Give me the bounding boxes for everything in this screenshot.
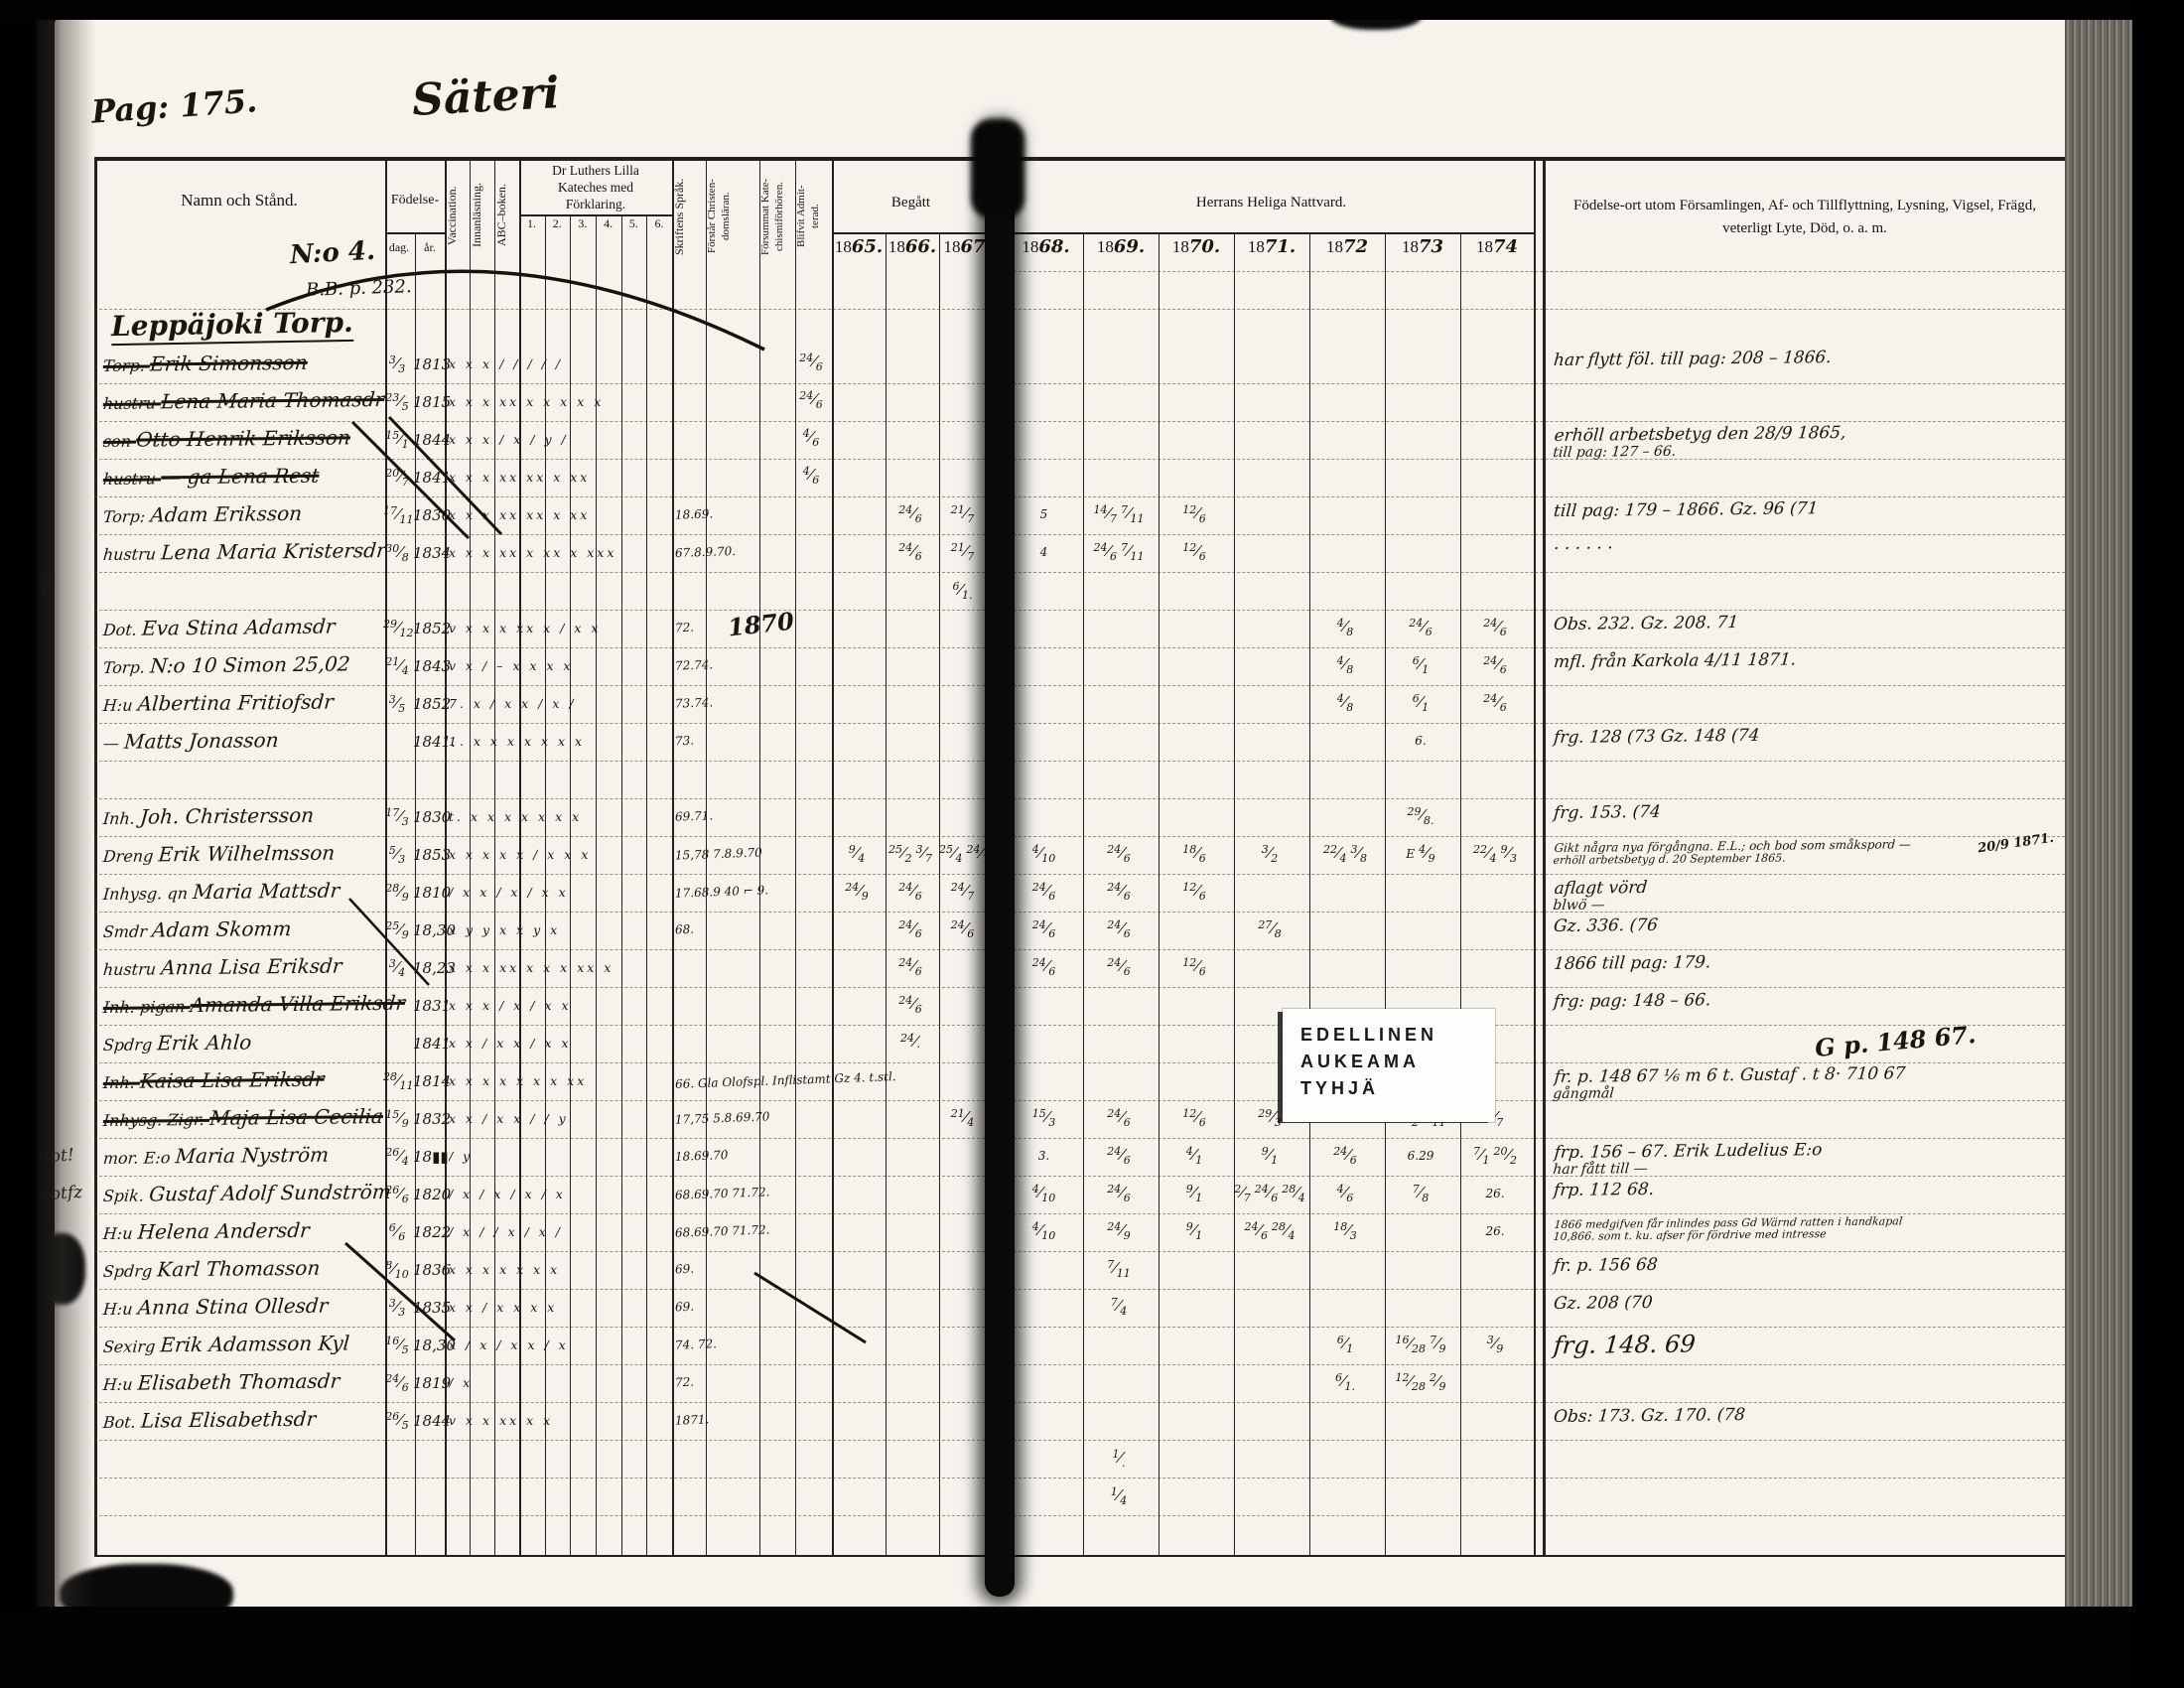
communion-mark: 6.29 <box>1385 1145 1460 1164</box>
catechism-subcolumn-label: 6. <box>647 216 672 231</box>
communion-mark: 7⁄11 <box>1083 1258 1159 1280</box>
birth-year: 1844 <box>413 1412 447 1430</box>
birth-year: 18,30 <box>413 1336 447 1354</box>
skill-marks: v x ∕ – x x x x <box>449 658 671 673</box>
communion-mark: 24⁄6 <box>1083 918 1159 940</box>
ruled-line <box>1009 1477 2065 1478</box>
remark-note: frp. 156 – 67. Erik Ludelius E:ohar fått… <box>1553 1139 2062 1178</box>
skill-marks: x x x ∕ x ∕ x x <box>449 998 671 1013</box>
grid-line <box>1460 232 1461 1557</box>
grid-line <box>385 232 445 234</box>
ruled-line <box>94 1327 990 1328</box>
communion-mark: 12⁄282⁄9 <box>1385 1371 1460 1393</box>
year-header: 1873 <box>1385 236 1460 257</box>
communion-mark: 9⁄1 <box>1159 1183 1234 1204</box>
communion-mark: 24⁄6 <box>1009 956 1083 978</box>
ruled-line <box>1009 874 2065 875</box>
ruled-line <box>1009 1176 2065 1177</box>
record-name: Dreng Erik Wilhelmsson <box>102 840 402 867</box>
ruled-line <box>1009 1213 2065 1214</box>
grid-line <box>1543 157 1546 1557</box>
communion-mark: 3⁄9 <box>1460 1334 1534 1355</box>
birth-year: 1841 <box>413 469 447 487</box>
communion-mark: 3⁄2 <box>1234 843 1309 865</box>
communion-mark: 24⁄67⁄11 <box>1083 541 1159 563</box>
grid-line <box>672 157 674 1557</box>
record-name: Spdrg Erik Ahlo <box>102 1029 402 1055</box>
communion-mark: 24⁄6 <box>939 918 990 940</box>
skill-marks: ∕ y <box>449 1149 671 1164</box>
ruled-line <box>1009 1327 2065 1328</box>
scan-edge-right <box>2132 0 2184 1688</box>
skill-marks: x x x xx x x x xx x <box>449 960 671 975</box>
communion-mark: 24⁄6 <box>1460 617 1534 638</box>
column-header-holy-communion: Herrans Heliga Nattvard. <box>1009 195 1534 211</box>
birth-day: 8⁄10 <box>383 1259 415 1281</box>
grid-line <box>1234 232 1235 1557</box>
column-header-reading: Innanläsning. <box>470 161 494 270</box>
communion-mark: 12⁄6 <box>1159 503 1234 525</box>
communion-mark: 1⁄. <box>1083 1448 1159 1470</box>
birth-day: 3⁄3 <box>383 1297 415 1319</box>
birth-year: 1841 <box>413 1035 447 1053</box>
communion-mark: 24⁄7 <box>939 881 990 903</box>
ruled-line <box>94 647 990 648</box>
communion-mark: 4⁄10 <box>1009 1183 1083 1204</box>
ruled-line <box>94 459 990 460</box>
ruled-line <box>1009 1364 2065 1365</box>
communion-mark: 24⁄6 <box>886 994 939 1016</box>
ruled-line <box>1009 421 2065 422</box>
communion-mark: 6⁄1 <box>1385 654 1460 676</box>
communion-mark: 25⁄23⁄7 <box>886 843 939 865</box>
record-name: hustru Lena Maria Thomasdr <box>102 387 402 414</box>
exam-year-notes: 74. 72. <box>675 1336 717 1351</box>
communion-mark: 24⁄6 <box>1083 1107 1159 1129</box>
communion-mark: 24⁄6 <box>1083 843 1159 865</box>
birth-year: 1822 <box>413 1223 447 1241</box>
birth-day: 26⁄6 <box>383 1184 415 1205</box>
birth-year: 18▮▮ <box>413 1148 447 1166</box>
communion-mark: 4⁄8 <box>1309 654 1385 676</box>
record-name: H:u Helena Andersdr <box>102 1217 402 1244</box>
communion-mark: 24⁄6 <box>1083 881 1159 903</box>
scanned-book-spread: Pag: 175. Säteri Namn och Stånd. Födelse… <box>0 0 2184 1688</box>
ruled-line <box>94 1176 990 1177</box>
column-header-birth: Födelse- <box>385 193 445 209</box>
birth-day: 30⁄8 <box>383 542 415 564</box>
exam-year-notes: 73.74. <box>675 695 714 710</box>
ruled-line <box>94 383 990 384</box>
skill-marks: x x x xx x x x x x <box>449 394 671 409</box>
birth-day: 16⁄5 <box>383 1335 415 1356</box>
ruled-line <box>1009 496 2065 497</box>
ruled-line <box>1009 271 2065 272</box>
column-header-remarks: Födelse-ort utom Församlingen, Af- och T… <box>1561 195 2049 241</box>
birth-year: 1814 <box>413 1072 447 1090</box>
birth-year: 1835 <box>413 1299 447 1317</box>
ruled-line <box>1009 309 2065 310</box>
skill-marks: x x x xx xx x xx <box>449 507 671 522</box>
ruled-line <box>1009 723 2065 724</box>
birth-day: 6⁄6 <box>383 1221 415 1243</box>
ruled-line <box>94 1251 990 1252</box>
ruled-line <box>1009 761 2065 762</box>
communion-mark: 4⁄10 <box>1009 1220 1083 1242</box>
communion-mark: 4⁄6 <box>1309 1183 1385 1204</box>
birth-day: 23⁄5 <box>383 391 415 413</box>
communion-mark: 6. <box>1385 730 1460 749</box>
year-header: 1867 <box>939 236 990 257</box>
grid-line <box>1009 232 1534 234</box>
ruled-line <box>94 1364 990 1365</box>
year-header: 1872 <box>1309 236 1385 257</box>
ruled-line <box>94 949 990 950</box>
birth-year: 1819 <box>413 1374 447 1392</box>
communion-mark: 24⁄628⁄4 <box>1234 1220 1309 1242</box>
exam-year-notes: 73. <box>675 734 695 749</box>
birth-year: 1830 <box>413 808 447 826</box>
birth-day: 15⁄1 <box>383 429 415 451</box>
column-header-admitted: Blifvit Admit- terad. <box>795 161 832 272</box>
ruled-line <box>94 534 990 535</box>
ruled-line <box>94 685 990 686</box>
communion-mark: 22⁄43⁄8 <box>1309 843 1385 865</box>
record-name: hustru Lena Maria Kristersdr <box>102 538 402 565</box>
communion-mark: 24⁄· <box>886 1032 939 1054</box>
birth-day: 28⁄9 <box>383 882 415 904</box>
column-header-birth-day: dag. <box>383 240 415 255</box>
communion-mark: 24⁄6 <box>1083 1145 1159 1167</box>
communion-mark: 24⁄6 <box>1083 1183 1159 1204</box>
communion-mark: 27⁄8 <box>1234 918 1309 940</box>
birth-day: 17⁄3 <box>383 806 415 828</box>
skill-marks: t. x x x x x x x <box>449 809 671 824</box>
birth-year: 1810 <box>413 884 447 902</box>
communion-mark: 12⁄6 <box>1159 541 1234 563</box>
communion-mark: 7⁄120⁄2 <box>1460 1145 1534 1167</box>
communion-mark: 6⁄1. <box>939 580 990 602</box>
grid-line <box>1534 157 1536 1557</box>
record-name: Inh. pigan Amanda Villa Eriksdr <box>102 991 402 1018</box>
communion-mark: 24⁄6 <box>886 541 939 563</box>
skill-marks: x x ∕ x x x x <box>449 1300 671 1315</box>
ruled-line <box>94 1440 990 1441</box>
exam-year-notes: 67.8.9.70. <box>675 544 737 560</box>
communion-mark: 12⁄6 <box>1159 881 1234 903</box>
birth-year: 1832 <box>413 1110 447 1128</box>
ruled-line <box>94 723 990 724</box>
communion-mark: 6⁄1. <box>1309 1371 1385 1393</box>
skill-marks: ∕ x ∕ ∕ x ∕ x ∕ <box>449 1224 671 1239</box>
communion-mark: 6⁄1 <box>1309 1334 1385 1355</box>
record-name: Torp. N:o 10 Simon 25,02 <box>102 651 402 678</box>
communion-mark: 4 <box>1009 541 1083 560</box>
communion-mark: 29⁄8. <box>1385 805 1460 827</box>
communion-mark: 25⁄424⁄7 <box>939 843 990 865</box>
skill-marks: x x x xx x xx x xxx <box>449 545 671 560</box>
birth-year: 1830 <box>413 506 447 524</box>
birth-day: 3⁄5 <box>383 693 415 715</box>
exam-year-notes: 69.71. <box>675 808 714 823</box>
record-name: H:u Albertina Fritiofsdr <box>102 689 402 716</box>
communion-mark: 4⁄1 <box>1159 1145 1234 1167</box>
year-header: 1870. <box>1159 236 1234 257</box>
ruled-line <box>94 1289 990 1290</box>
exam-year-notes: 18.69. <box>675 506 714 521</box>
catechism-subcolumn-label: 4. <box>596 216 620 231</box>
ruled-line <box>94 836 990 837</box>
ruled-line <box>94 610 990 611</box>
communion-mark: 12⁄6 <box>1159 1107 1234 1129</box>
admitted-mark: 4⁄6 <box>793 427 833 449</box>
household-number: N:o 4. <box>289 236 375 270</box>
communion-mark: 21⁄7 <box>939 541 990 563</box>
ruled-line <box>94 874 990 875</box>
communion-mark: 7⁄8 <box>1385 1183 1460 1204</box>
book-gutter-shadow <box>985 125 1015 1597</box>
ruled-line <box>1009 459 2065 460</box>
grid-line <box>1385 232 1386 1557</box>
birth-day: 26⁄4 <box>383 1146 415 1168</box>
communion-mark: 24⁄6 <box>886 918 939 940</box>
birth-day: 26⁄5 <box>383 1410 415 1432</box>
exam-year-notes: 1871. <box>675 1412 710 1427</box>
ruled-line <box>94 1515 990 1516</box>
ruled-line <box>94 572 990 573</box>
ruled-line <box>1009 572 2065 573</box>
skill-marks: x x x xx xx x xx <box>449 470 671 485</box>
ruled-line <box>1009 1100 2065 1101</box>
skill-marks: x x x x x x x xx <box>449 1073 671 1088</box>
record-name: Inhysg. Zigr. Maja Lisa Cecilia <box>102 1104 402 1131</box>
ruled-line <box>1009 1251 2065 1252</box>
birth-day: 28⁄11 <box>383 1070 415 1092</box>
grid-line <box>94 1555 990 1557</box>
ruled-line <box>94 496 990 497</box>
grid-line <box>1009 157 2065 161</box>
column-header-catechism: Dr Luthers Lilla Kateches med Förklaring… <box>519 163 672 213</box>
book-gutter-shadow <box>971 119 1024 218</box>
record-name: mor. E:o Maria Nyström <box>102 1142 402 1169</box>
grid-line <box>1309 232 1310 1557</box>
birth-year: 1831 <box>413 997 447 1015</box>
ruled-line <box>1009 383 2065 384</box>
year-header: 1868. <box>1009 236 1083 257</box>
stamp-line: EDELLINEN <box>1300 1025 1495 1046</box>
record-name: Bot. Lisa Elisabethsdr <box>102 1406 402 1433</box>
communion-mark: 24⁄6 <box>1460 654 1534 676</box>
birth-day: 5⁄3 <box>383 844 415 866</box>
exam-year-notes: 18.69.70 <box>675 1148 729 1164</box>
ruled-line <box>94 1477 990 1478</box>
ruled-line <box>1009 534 2065 535</box>
ruled-line <box>1009 912 2065 913</box>
birth-year: 1843 <box>413 657 447 675</box>
column-header-communion-taken: Begått <box>832 195 990 211</box>
admitted-mark: 4⁄6 <box>793 465 833 487</box>
communion-mark: 12⁄6 <box>1159 956 1234 978</box>
birth-year: 1820 <box>413 1186 447 1203</box>
skill-marks: 1. x x x x x x x <box>449 734 671 749</box>
communion-mark: 24⁄6 <box>886 881 939 903</box>
birth-year: 1853 <box>413 846 447 864</box>
skill-marks: 7. x ∕ x x ∕ x ∕ <box>449 696 671 711</box>
birth-day: 29⁄12 <box>383 618 415 639</box>
birth-day: 3⁄3 <box>383 353 415 375</box>
record-name: — Matts Jonasson <box>102 727 402 754</box>
communion-mark: 26. <box>1460 1183 1534 1201</box>
skill-marks: x y y x x y x <box>449 922 671 937</box>
column-header-abc-book: ABC–boken. <box>494 161 519 270</box>
ruled-line <box>94 421 990 422</box>
remark-note: aflagt vördblwö — <box>1553 875 2062 914</box>
ruled-line <box>1009 1515 2065 1516</box>
exam-year-notes: 72.74. <box>675 657 714 672</box>
skill-marks: x ∕ x ∕ x x ∕ x <box>449 1337 671 1352</box>
skill-marks: v x x x xx x ∕ x x <box>449 621 671 635</box>
column-header-understands: Förstår Christen- domsläran. <box>706 161 759 272</box>
communion-mark: 24⁄6 <box>1385 617 1460 638</box>
communion-mark: 9⁄1 <box>1234 1145 1309 1167</box>
record-name: Smdr Adam Skomm <box>102 915 402 942</box>
communion-mark: 16⁄287⁄9 <box>1385 1334 1460 1355</box>
record-name: Torp: Adam Eriksson <box>102 500 402 527</box>
remark-note: erhöll arbetsbetyg den 28/9 1865,till pa… <box>1553 422 2062 461</box>
communion-mark: 24⁄9 <box>1083 1220 1159 1242</box>
skill-marks: x x x ∕ ∕ ∕ ∕ ∕ <box>449 356 671 371</box>
skill-marks: x x ∕ x x ∕ x x <box>449 1036 671 1051</box>
ruled-line <box>1009 1440 2065 1441</box>
column-header-birth-year: år. <box>415 240 445 255</box>
communion-mark: 18⁄6 <box>1159 843 1234 865</box>
communion-mark: 2⁄724⁄628⁄4 <box>1234 1183 1309 1204</box>
skill-marks: x x ∕ x x ∕ ∕ y <box>449 1111 671 1126</box>
skill-marks: ∕ x ∕ x ∕ x ∕ x <box>449 1187 671 1201</box>
skill-marks: x x x x x ∕ x x x <box>449 847 671 862</box>
ruled-line <box>1009 798 2065 799</box>
communion-mark: 24⁄6 <box>886 956 939 978</box>
skill-marks: ∕ x x ∕ x ∕ x x <box>449 885 671 900</box>
ruled-line <box>1009 610 2065 611</box>
communion-mark: 14⁄77⁄11 <box>1083 503 1159 525</box>
communion-mark: 24⁄6 <box>1083 956 1159 978</box>
column-header-missed-exams: Försummat Kate- chismiförhören. <box>759 161 795 272</box>
scan-edge-left <box>0 0 95 1688</box>
ruled-line <box>1009 685 2065 686</box>
communion-mark: 9⁄1 <box>1159 1220 1234 1242</box>
communion-mark: 24⁄6 <box>1460 692 1534 714</box>
record-name: son Otto Henrik Eriksson <box>102 425 402 452</box>
birth-year: 1815 <box>413 393 447 411</box>
birth-day: 24⁄6 <box>383 1372 415 1394</box>
record-name: Spdrg Karl Thomasson <box>102 1255 402 1282</box>
communion-mark: 4⁄8 <box>1309 692 1385 714</box>
communion-mark: 6⁄1 <box>1385 692 1460 714</box>
record-name: Dot. Eva Stina Adamsdr <box>102 614 402 640</box>
communion-mark: 7⁄4 <box>1083 1296 1159 1318</box>
admitted-mark: 24⁄6 <box>793 389 833 411</box>
record-name: Inhysg. qn Maria Mattsdr <box>102 878 402 905</box>
ruled-line <box>1009 1062 2065 1063</box>
catechism-subcolumn-label: 1. <box>519 216 544 231</box>
catechism-subcolumn-label: 5. <box>621 216 646 231</box>
ruled-line <box>94 1025 990 1026</box>
skill-marks: x x x ∕ x ∕ y ∕ <box>449 432 671 447</box>
book-reference: B.B. p. 232. <box>306 276 412 301</box>
scan-edge-bottom <box>0 1607 2184 1688</box>
ruled-line <box>1009 647 2065 648</box>
communion-mark: 24⁄9 <box>832 881 886 903</box>
skill-marks: x x x x x x x <box>449 1262 671 1277</box>
grid-line <box>1009 1555 2065 1557</box>
scan-edge-top <box>0 0 2184 20</box>
record-name: H:u Anna Stina Ollesdr <box>102 1293 402 1320</box>
grid-line <box>94 157 990 161</box>
communion-mark: 22⁄49⁄3 <box>1460 843 1534 865</box>
communion-mark: 24⁄6 <box>1009 918 1083 940</box>
birth-year: 1844 <box>413 431 447 449</box>
catechism-subcolumn-label: 3. <box>570 216 595 231</box>
birth-year: 1813 <box>413 355 447 373</box>
group-heading: Leppäjoki Torp. <box>111 306 353 346</box>
communion-mark: 18⁄3 <box>1309 1220 1385 1242</box>
ruled-line <box>94 761 990 762</box>
exam-year-notes: 69. <box>675 1300 695 1315</box>
communion-mark: 1⁄4 <box>1083 1485 1159 1507</box>
column-header-scripture: Skriftens Språk. <box>672 161 706 272</box>
year-header: 1871. <box>1234 236 1309 257</box>
ruled-line <box>94 987 990 988</box>
record-name: Inh. Joh. Christersson <box>102 802 402 829</box>
exam-year-notes: 69. <box>675 1262 695 1277</box>
skill-marks: ∕ x <box>449 1375 671 1390</box>
ruled-line <box>94 1062 990 1063</box>
birth-year: 1852 <box>413 620 447 637</box>
communion-mark: 21⁄4 <box>939 1107 990 1129</box>
ruled-line <box>1009 949 2065 950</box>
year-header: 1866. <box>886 236 939 257</box>
communion-mark: 9⁄4 <box>832 843 886 865</box>
birth-year: 1852 <box>413 695 447 713</box>
year-header: 1865. <box>832 236 886 257</box>
ruled-line <box>94 1402 990 1403</box>
estate-caption: Säteri <box>411 68 561 126</box>
birth-day: 15⁄9 <box>383 1108 415 1130</box>
record-name: Sexirg Erik Adamsson Kyl <box>102 1331 402 1357</box>
birth-day: 25⁄9 <box>383 919 415 941</box>
previous-spread-empty-stamp: EDELLINEN AUKEAMA TYHJÄ <box>1283 1009 1495 1122</box>
exam-year-notes: 72. <box>675 1375 695 1390</box>
communion-mark: 21⁄7 <box>939 503 990 525</box>
communion-mark: 4⁄8 <box>1309 617 1385 638</box>
communion-mark: 5 <box>1009 503 1083 522</box>
birth-day: 3⁄4 <box>383 957 415 979</box>
birth-year: 18,30 <box>413 921 447 939</box>
record-name: Spik. Gustaf Adolf Sundström <box>102 1180 402 1206</box>
ruled-line <box>94 1100 990 1101</box>
ruled-line <box>1009 1138 2065 1139</box>
communion-mark: E4⁄9 <box>1385 843 1460 865</box>
record-name: Inh. Kaisa Lisa Eriksdr <box>102 1066 402 1093</box>
communion-mark: 24⁄6 <box>1009 881 1083 903</box>
ruled-line <box>1009 1289 2065 1290</box>
remark-note: frg. 148. 69 <box>1553 1328 2061 1359</box>
communion-mark: 3. <box>1009 1145 1083 1164</box>
column-header-name: Namn och Stånd. <box>109 191 369 211</box>
year-header: 1874 <box>1460 236 1534 257</box>
birth-day: 17⁄11 <box>383 504 415 526</box>
